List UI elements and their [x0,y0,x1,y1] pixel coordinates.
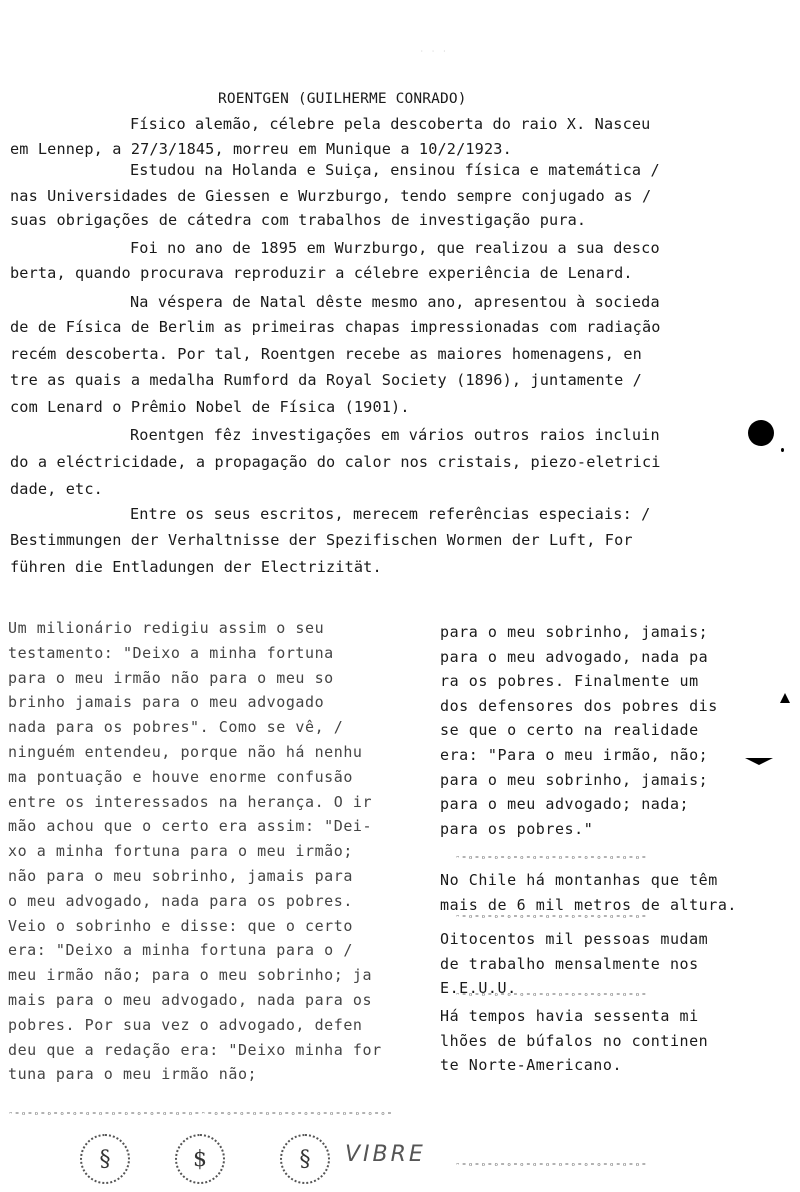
right-column-line: era: "Para o meu irmão, não; [440,748,708,763]
biography-line: Entre os seus escritos, merecem referênc… [130,507,650,522]
separator-dots: ᵔ⁼ᵒ⁼ᵒ⁼ᵒ⁼ᵒ⁼ᵒ⁼ᵒ⁼ᵒ⁼ᵒ⁼ᵒ⁼ᵒ⁼ᵒ⁼ᵒ⁼ᵒ⁼ᵒ⁼ [455,1162,648,1172]
separator-dots: ᵔ⁼ᵒ⁼ᵒ⁼ᵒ⁼ᵒ⁼ᵒ⁼ᵒ⁼ᵒ⁼ᵒ⁼ᵒ⁼ᵒ⁼ᵒ⁼ᵒ⁼ᵒ⁼ᵒ⁼ [455,855,648,865]
left-column-line: brinho jamais para o meu advogado [8,695,324,710]
left-column-line: nada para os pobres". Como se vê, / [8,720,343,735]
left-column-line: não para o meu sobrinho, jamais para [8,869,353,884]
biography-line: dade, etc. [10,482,103,497]
left-column-line: pobres. Por sua vez o advogado, defen [8,1018,363,1033]
biography-line: com Lenard o Prêmio Nobel de Física (190… [10,400,410,415]
seal-stamp-icon: $ [175,1134,225,1184]
top-smudge-mark: · · · [420,48,448,55]
left-column-line: meu irmão não; para o meu sobrinho; ja [8,968,372,983]
right-column-line: lhões de búfalos no continen [440,1034,708,1049]
stamp-word-vibre: VIBRE [345,1142,426,1167]
left-column-line: deu que a redação era: "Deixo minha for [8,1043,382,1058]
left-column-line: Veio o sobrinho e disse: que o certo [8,919,353,934]
document-title: ROENTGEN (GUILHERME CONRADO) [218,92,467,107]
ink-blot [748,420,774,446]
typewritten-page: · · · ROENTGEN (GUILHERME CONRADO) Físic… [0,0,800,1192]
right-column-line: No Chile há montanhas que têm [440,873,718,888]
left-column-line: xo a minha fortuna para o meu irmão; [8,844,353,859]
left-column-line: testamento: "Deixo a minha fortuna [8,646,334,661]
biography-line: Físico alemão, célebre pela descoberta d… [130,117,650,132]
left-column-line: ma pontuação e houve enorme confusão [8,770,353,785]
left-column-line: para o meu irmão não para o meu so [8,671,334,686]
biography-line: Na véspera de Natal dêste mesmo ano, apr… [130,295,660,310]
right-column-line: se que o certo na realidade [440,723,699,738]
ink-triangle-mark [780,693,790,703]
biography-line: suas obrigações de cátedra com trabalhos… [10,213,586,228]
biography-line: de de Física de Berlim as primeiras chap… [10,320,661,335]
ink-speck [781,448,784,452]
separator-dots: ᵔ⁼ᵒ⁼ᵒ⁼ᵒ⁼ᵒ⁼ᵒ⁼ᵒ⁼ᵒ⁼ᵒ⁼ᵒ⁼ᵒ⁼ᵒ⁼ᵒ⁼ᵒ⁼ᵒ⁼ᵔ⁼ᵒ⁼ᵒ⁼ᵒ⁼ᵒ⁼… [8,1111,393,1121]
right-column-line: de trabalho mensalmente nos [440,957,699,972]
left-column-line: mais para o meu advogado, nada para os [8,993,372,1008]
right-column-line: Há tempos havia sessenta mi [440,1009,699,1024]
seal-stamp-icon: § [80,1134,130,1184]
biography-line: recém descoberta. Por tal, Roentgen rece… [10,347,642,362]
right-column-line: para o meu sobrinho, jamais; [440,773,708,788]
biography-line: Estudou na Holanda e Suiça, ensinou físi… [130,163,660,178]
biography-line: Roentgen fêz investigações em vários out… [130,428,660,443]
left-column-line: ninguém entendeu, porque não há nenhu [8,745,363,760]
right-column-line: mais de 6 mil metros de altura. [440,898,737,913]
left-column-line: entre os interessados na herança. O ir [8,795,372,810]
right-column-line: ra os pobres. Finalmente um [440,674,699,689]
right-column-line: te Norte-Americano. [440,1058,622,1073]
biography-line: em Lennep, a 27/3/1845, morreu em Muniqu… [10,142,512,157]
ink-wedge-mark [745,758,773,765]
right-column-line: Oitocentos mil pessoas mudam [440,932,708,947]
left-column-line: tuna para o meu irmão não; [8,1067,257,1082]
biography-line: tre as quais a medalha Rumford da Royal … [10,373,642,388]
separator-dots: ᵔ⁼ᵒ⁼ᵒ⁼ᵒ⁼ᵒ⁼ᵒ⁼ᵒ⁼ᵒ⁼ᵒ⁼ᵒ⁼ᵒ⁼ᵒ⁼ᵒ⁼ᵒ⁼ᵒ⁼ [455,992,648,1002]
right-column-line: para o meu advogado; nada; [440,797,689,812]
right-column-line: dos defensores dos pobres dis [440,699,718,714]
separator-dots: ᵔ⁼ᵒ⁼ᵒ⁼ᵒ⁼ᵒ⁼ᵒ⁼ᵒ⁼ᵒ⁼ᵒ⁼ᵒ⁼ᵒ⁼ᵒ⁼ᵒ⁼ᵒ⁼ᵒ⁼ [455,914,648,924]
left-column-line: o meu advogado, nada para os pobres. [8,894,353,909]
left-column-line: mão achou que o certo era assim: "Dei- [8,819,372,834]
seal-stamp-icon: § [280,1134,330,1184]
right-column-line: para os pobres." [440,822,593,837]
right-column-line: para o meu advogado, nada pa [440,650,708,665]
left-column-line: Um milionário redigiu assim o seu [8,621,324,636]
biography-line: Foi no ano de 1895 em Wurzburgo, que rea… [130,241,660,256]
left-column-line: era: "Deixo a minha fortuna para o / [8,943,353,958]
biography-line: nas Universidades de Giessen e Wurzburgo… [10,189,651,204]
biography-line: berta, quando procurava reproduzir a cél… [10,266,633,281]
biography-line: Bestimmungen der Verhaltnisse der Spezif… [10,533,633,548]
biography-line: do a eléctricidade, a propagação do calo… [10,455,661,470]
biography-line: führen die Entladungen der Electrizität. [10,560,382,575]
right-column-line: para o meu sobrinho, jamais; [440,625,708,640]
